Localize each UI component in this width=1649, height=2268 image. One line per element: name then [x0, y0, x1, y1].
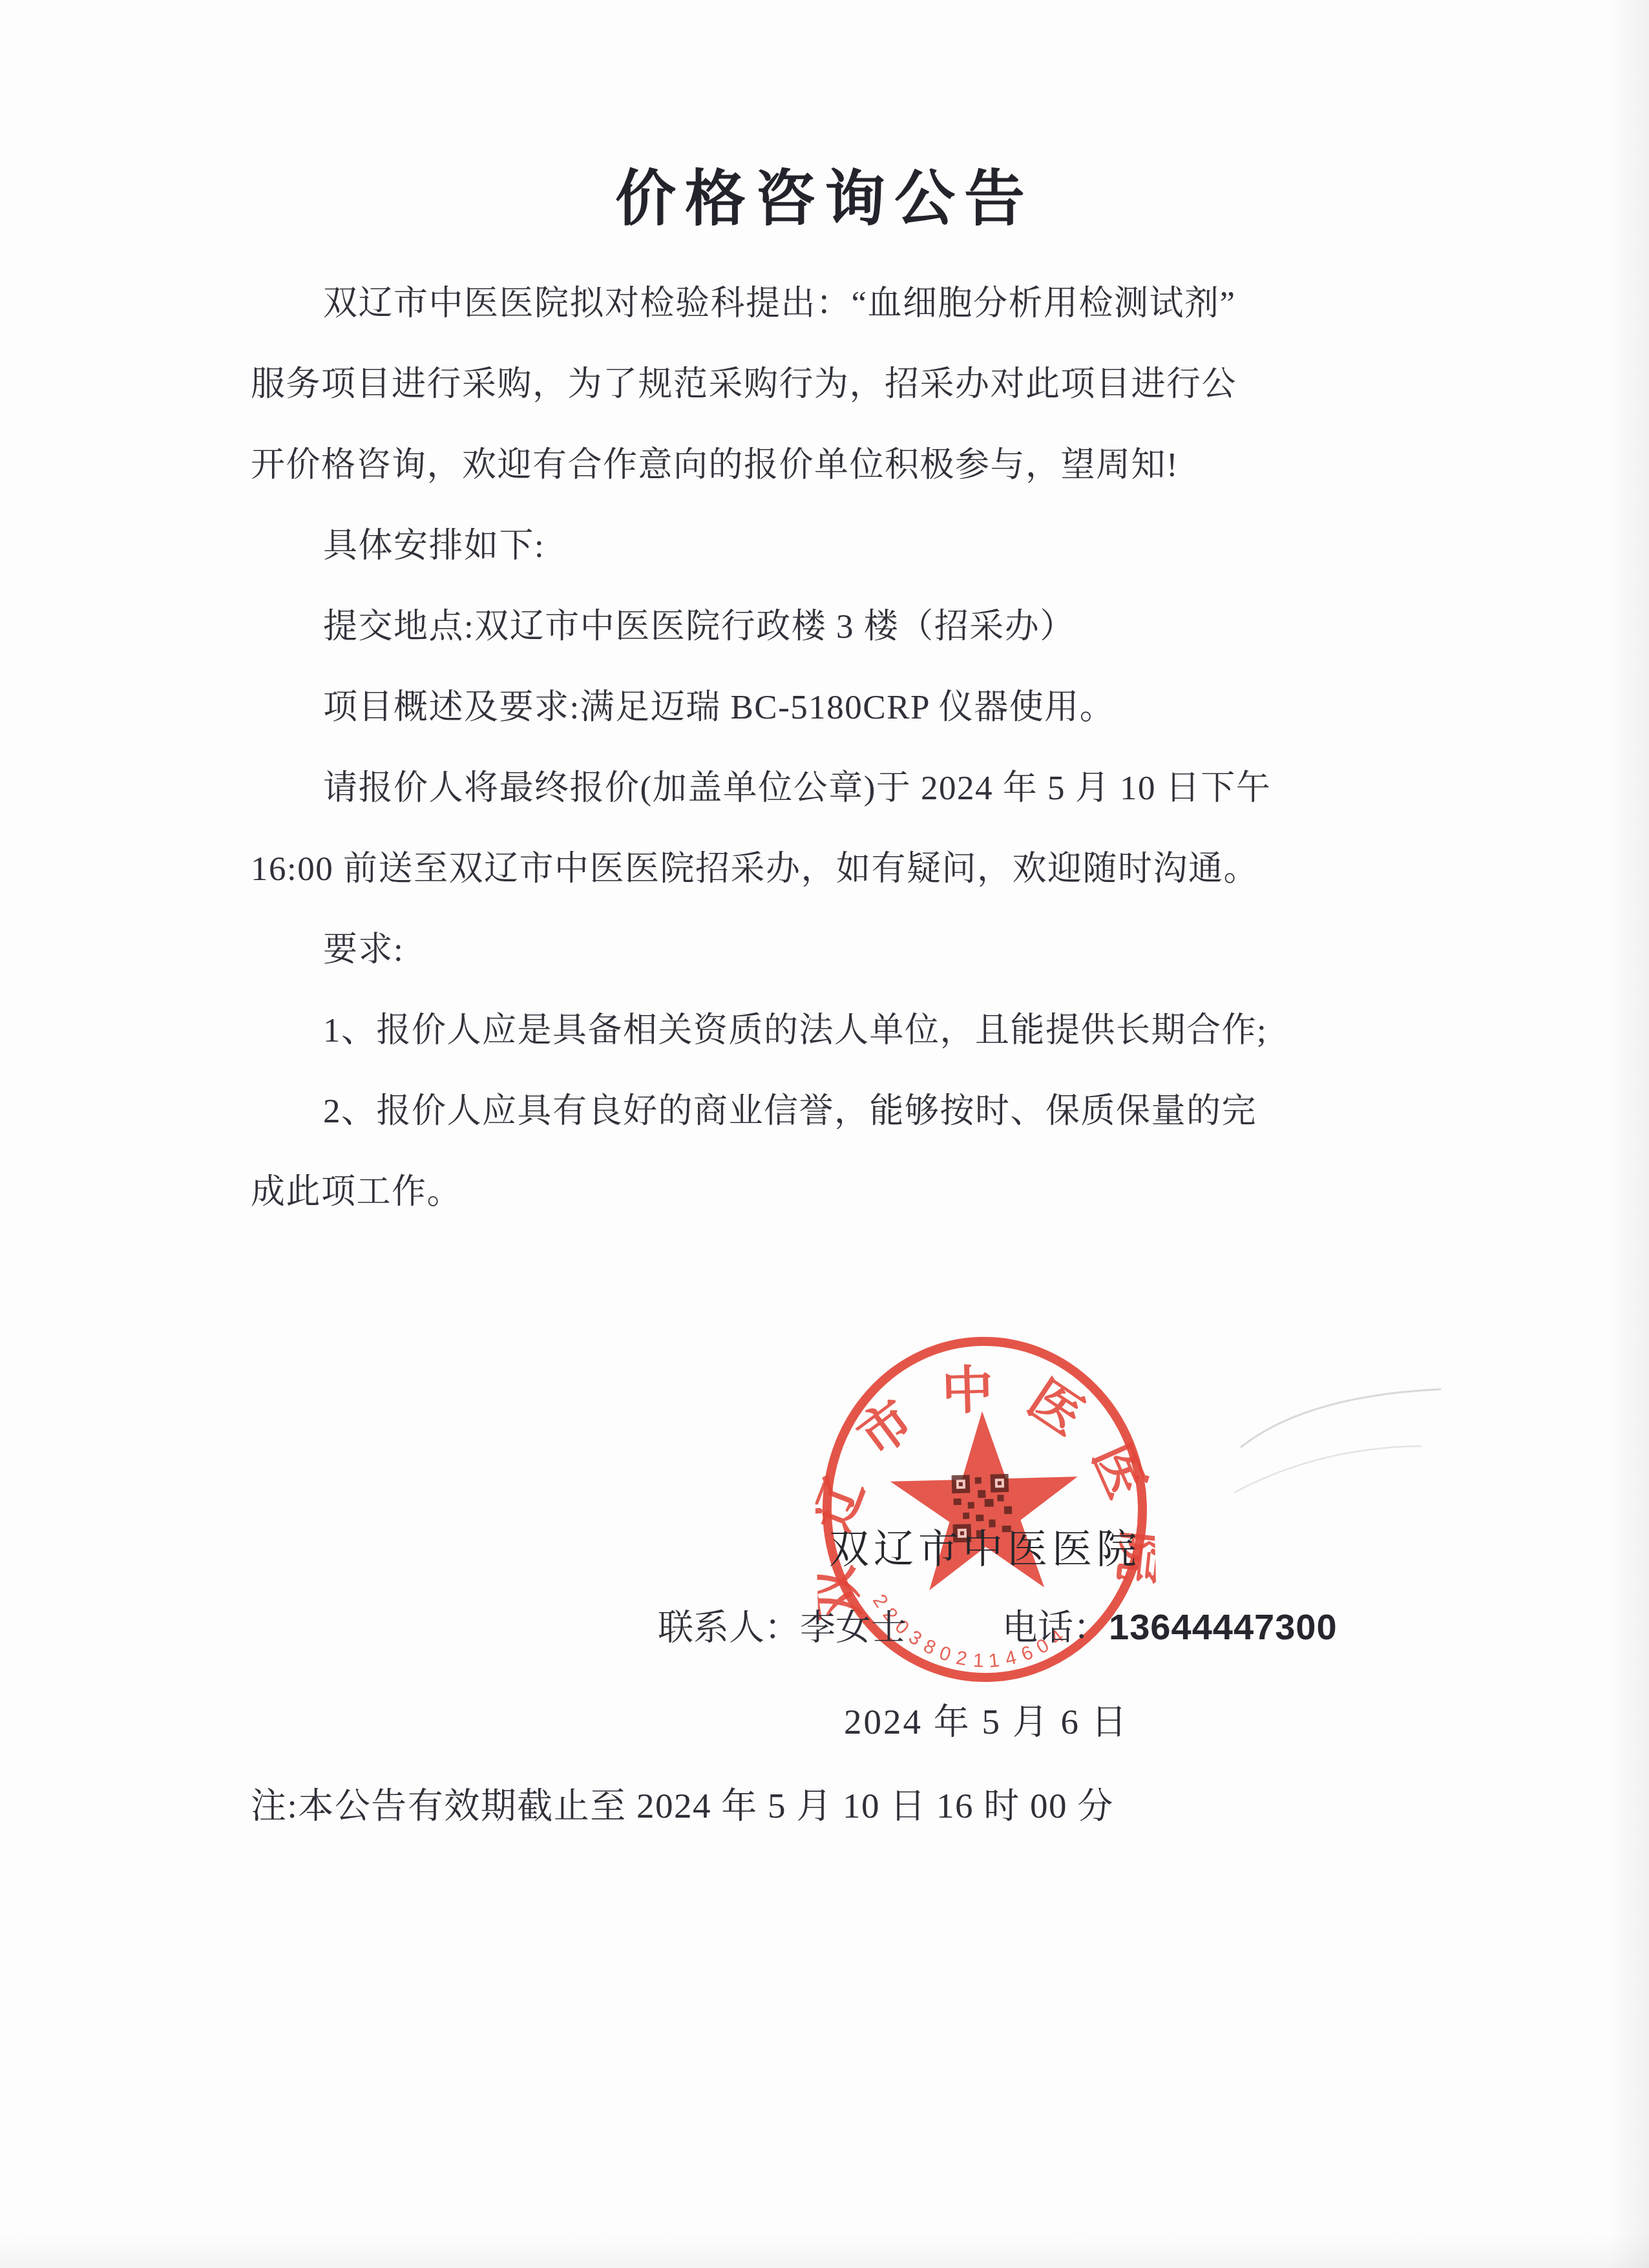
- body-line-12: 成此项工作。: [251, 1152, 1414, 1233]
- validity-note: 注:本公告有效期截止至 2024 年 5 月 10 日 16 时 00 分: [251, 1777, 1114, 1828]
- body-line-2: 服务项目进行采购，为了规范采购行为，招采办对此项目进行公: [251, 344, 1414, 425]
- contact-label: 联系人：: [658, 1608, 800, 1647]
- body-line-7: 请报价人将最终报价(加盖单位公章)于 2024 年 5 月 10 日下午: [251, 748, 1414, 829]
- body-line-8: 16:00 前送至双辽市中医医院招采办，如有疑问，欢迎随时沟通。: [251, 829, 1414, 910]
- scratch-artifact: [1228, 1370, 1460, 1551]
- body-line-10: 1、报价人应是具备相关资质的法人单位，且能提供长期合作;: [251, 991, 1414, 1071]
- signature-date: 2024 年 5 月 6 日: [844, 1693, 1129, 1744]
- contact-line: 联系人：李女士电话：13644447300: [658, 1599, 1338, 1650]
- body-line-9: 要求:: [251, 910, 1414, 991]
- document-body: 双辽市中医医院拟对检验科提出：“血细胞分析用检测试剂” 服务项目进行采购，为了规…: [251, 264, 1414, 1233]
- document-title: 价格咨询公告: [0, 150, 1649, 237]
- phone-number: 13644447300: [1109, 1606, 1338, 1647]
- body-line-3: 开价格咨询，欢迎有合作意向的报价单位积极参与，望周知!: [251, 425, 1414, 506]
- body-line-6: 项目概述及要求:满足迈瑞 BC-5180CRP 仪器使用。: [251, 667, 1414, 748]
- phone-label: 电话：: [1002, 1608, 1109, 1647]
- contact-name: 李女士: [800, 1608, 907, 1647]
- body-line-11: 2、报价人应具有良好的商业信誉，能够按时、保质保量的完: [251, 1071, 1414, 1152]
- signature-organization: 双辽市中医医院: [829, 1517, 1141, 1575]
- body-line-4: 具体安排如下:: [251, 506, 1414, 587]
- scanned-document-page: 价格咨询公告 双辽市中医医院拟对检验科提出：“血细胞分析用检测试剂” 服务项目进…: [0, 0, 1649, 2268]
- body-line-1: 双辽市中医医院拟对检验科提出：“血细胞分析用检测试剂”: [251, 264, 1414, 344]
- body-line-5: 提交地点:双辽市中医医院行政楼 3 楼（招采办）: [251, 587, 1414, 667]
